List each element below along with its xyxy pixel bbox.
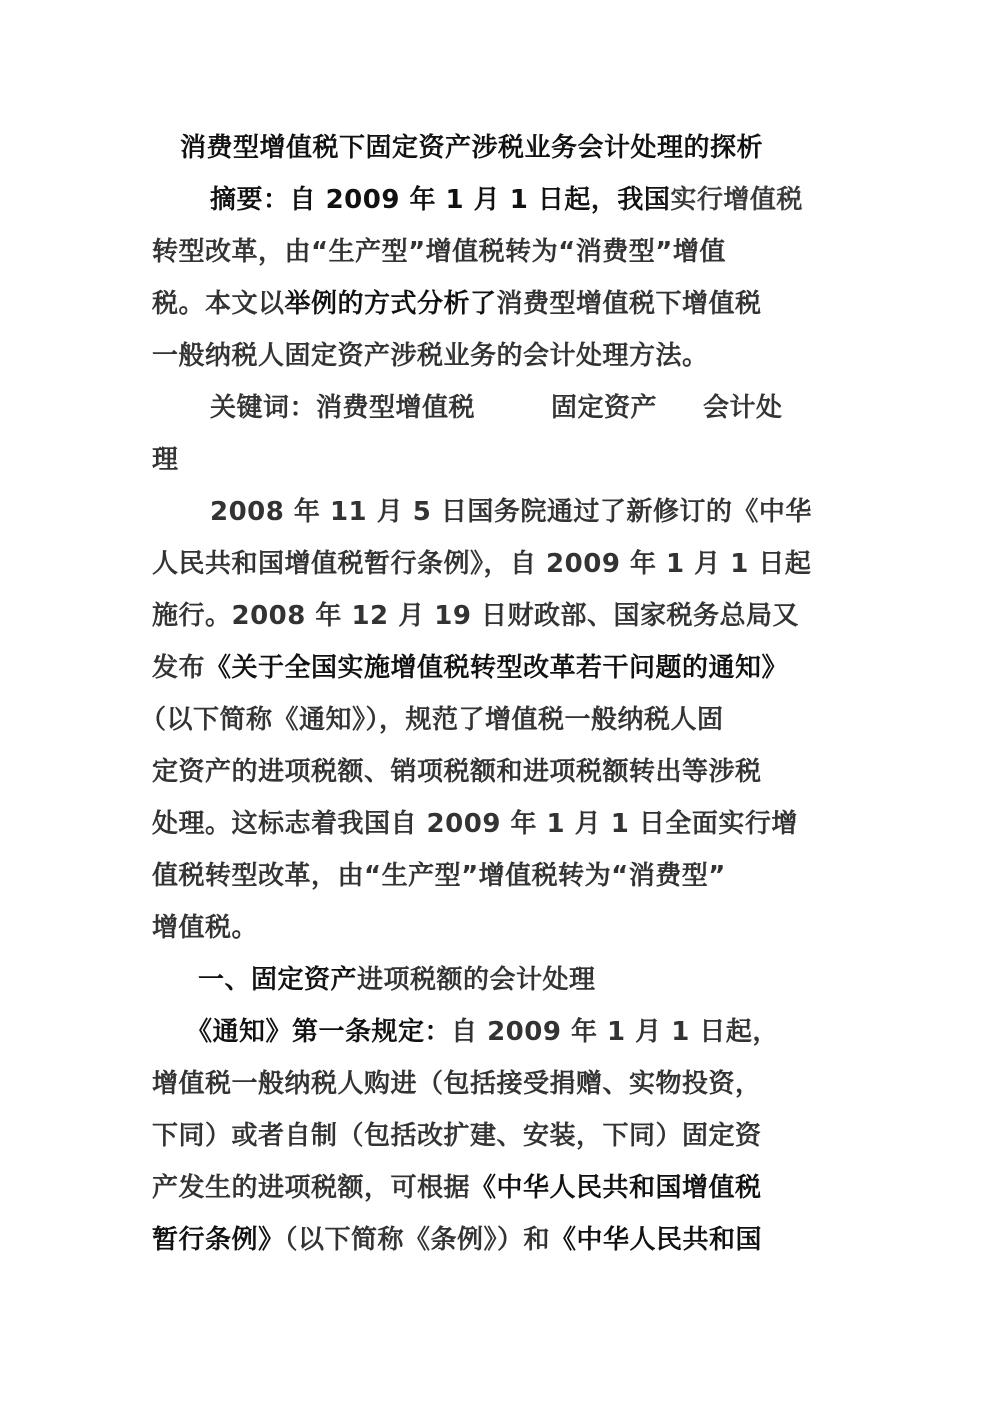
- keywords-line: 关键词：消费型增值税固定资产会计处: [210, 391, 910, 425]
- abstract-label: 摘要：: [210, 185, 290, 215]
- abstract-text-emphasis: 举例的方式分析了: [285, 289, 497, 319]
- intro-line-6: 定资产的进项税额、销项税额和进项税额转出等涉税: [152, 755, 852, 789]
- keyword: 固定资产: [551, 393, 657, 423]
- intro-line-5: （以下简称《通知》），规范了增值税一般纳税人固: [140, 703, 840, 737]
- abstract-text: 税。本文以: [152, 289, 285, 319]
- regulation-title: 《中华人民共和国增值税: [470, 1173, 762, 1203]
- intro-line-1: 2008 年 11 月 5 日国务院通过了新修订的《中华: [210, 495, 910, 529]
- intro-line-4: 发布《关于全国实施增值税转型改革若干问题的通知》: [152, 651, 852, 685]
- section-para-line-4: 产发生的进项税额，可根据《中华人民共和国增值税: [152, 1171, 852, 1205]
- keywords-line-wrap: 理: [152, 443, 852, 477]
- keyword: 会计处: [703, 393, 783, 423]
- section-para-line-2: 增值税一般纳税人购进（包括接受捐赠、实物投资，: [152, 1067, 852, 1101]
- section-para-line-1: 《通知》第一条规定：自 2009 年 1 月 1 日起，: [186, 1015, 886, 1049]
- notice-clause-label: 《通知》第一条规定：: [186, 1017, 451, 1047]
- section-heading-text: 进项税额的会计处理: [357, 965, 596, 995]
- intro-line-9: 增值税。: [152, 911, 852, 945]
- section-para-line-5: 暂行条例》（以下简称《条例》）和《中华人民共和国: [152, 1223, 852, 1257]
- abstract-text: 自 2009 年 1 月 1 日起，我国: [290, 185, 671, 215]
- keywords-label: 关键词：: [210, 393, 316, 423]
- keyword: 消费型增值税: [316, 393, 475, 423]
- intro-text: 发布: [152, 653, 205, 683]
- document-title: 消费型增值税下固定资产涉税业务会计处理的探析: [180, 131, 880, 165]
- section-text: 产发生的进项税额，可根据: [152, 1173, 470, 1203]
- intro-line-7: 处理。这标志着我国自 2009 年 1 月 1 日全面实行增: [152, 807, 852, 841]
- abstract-text: 实行增值税: [670, 185, 803, 215]
- regulation-title: 暂行条例》: [152, 1225, 285, 1255]
- abstract-text: 消费型增值税下增值税: [497, 289, 762, 319]
- intro-line-8: 值税转型改革，由“生产型”增值税转为“消费型”: [152, 859, 852, 893]
- document-page: 消费型增值税下固定资产涉税业务会计处理的探析 摘要：自 2009 年 1 月 1…: [0, 0, 993, 1404]
- section-heading: 一、固定资产进项税额的会计处理: [198, 963, 898, 997]
- section-text: 自 2009 年 1 月 1 日起，: [451, 1017, 779, 1047]
- regulation-title: 《中华人民共和国: [550, 1225, 762, 1255]
- section-heading-text: 一、固定资产: [198, 965, 357, 995]
- section-text: （以下简称《条例》）和: [285, 1225, 551, 1255]
- intro-line-2: 人民共和国增值税暂行条例》，自 2009 年 1 月 1 日起: [152, 547, 852, 581]
- abstract-line-1: 摘要：自 2009 年 1 月 1 日起，我国实行增值税: [210, 183, 910, 217]
- abstract-line-4: 一般纳税人固定资产涉税业务的会计处理方法。: [152, 339, 852, 373]
- abstract-line-3: 税。本文以举例的方式分析了消费型增值税下增值税: [152, 287, 852, 321]
- notice-title: 《关于全国实施增值税转型改革若干问题的通知》: [205, 653, 788, 683]
- abstract-line-2: 转型改革，由“生产型”增值税转为“消费型”增值: [152, 235, 852, 269]
- section-para-line-3: 下同）或者自制（包括改扩建、安装，下同）固定资: [152, 1119, 852, 1153]
- intro-line-3: 施行。2008 年 12 月 19 日财政部、国家税务总局又: [152, 599, 852, 633]
